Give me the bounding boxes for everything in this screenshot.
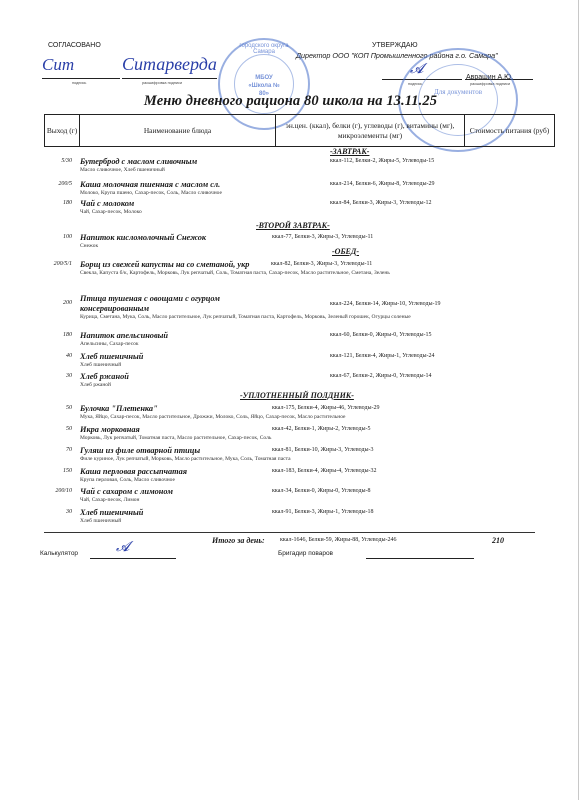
dish-yield: 30 <box>44 373 72 379</box>
dish-name: Хлеб пшеничный <box>80 352 143 361</box>
dish-yield: 200/5 <box>44 181 72 187</box>
calculator-label: Калькулятор <box>40 550 78 557</box>
dish-ingredients: Морковь, Лук репчатый, Томатная паста, М… <box>80 435 540 442</box>
approved-label: СОГЛАСОВАНО <box>48 42 101 49</box>
dish-ingredients: Масло сливочное, Хлеб пшеничный <box>80 167 540 174</box>
dish-yield: 180 <box>44 200 72 206</box>
total-label: Итого за день: <box>212 536 265 545</box>
table-header: Выход (г) Наименование блюда эн.цен. (кк… <box>44 114 555 147</box>
dish-yield: 30 <box>44 509 72 515</box>
dish-ingredients: Апельсины, Сахар-песок <box>80 341 540 348</box>
calculator-signature: 𝓐 <box>116 540 130 556</box>
decode-line <box>122 78 217 79</box>
dish-yield: 50 <box>44 426 72 432</box>
dish-name: Каша перловая рассыпчатая <box>80 467 187 476</box>
dish-ingredients: Филе куриное, Лук репчатый, Морковь, Мас… <box>80 456 540 463</box>
brigadier-signature-line <box>366 558 474 559</box>
dish-yield: 180 <box>44 332 72 338</box>
dish-ingredients: Курица, Сметана, Мука, Соль, Масло расти… <box>80 314 515 321</box>
dish-ingredients: Снежок <box>80 243 540 250</box>
dish-name: Бутерброд с маслом сливочным <box>80 157 197 166</box>
dish-name: Хлеб ржаной <box>80 372 129 381</box>
dish-ingredients: Мука, Яйцо, Сахар-песок, Масло раститель… <box>80 414 540 421</box>
section-title: -ВТОРОЙ ЗАВТРАК- <box>256 221 330 230</box>
calculator-signature-line <box>90 558 176 559</box>
col-dish: Наименование блюда <box>80 115 276 146</box>
dish-ingredients: Хлеб ржаной <box>80 382 540 389</box>
dish-yield: 50 <box>44 405 72 411</box>
dish-yield: 5/30 <box>44 158 72 164</box>
dish-nutrition: ккал-60, Белки-0, Жиры-0, Углеводы-15 <box>330 332 432 338</box>
dish-name: Каша молочная пшенная с маслом сл. <box>80 180 220 189</box>
signature-line <box>42 78 120 79</box>
dish-nutrition: ккал-112, Белки-2, Жиры-5, Углеводы-15 <box>330 158 434 164</box>
dish-yield: 40 <box>44 353 72 359</box>
bottom-rule <box>44 532 535 533</box>
dish-yield: 200 <box>44 300 72 306</box>
section-title: -УПЛОТНЕННЫЙ ПОЛДНИК- <box>240 391 354 400</box>
dish-ingredients: Хлеб пшеничный <box>80 518 540 525</box>
dish-yield: 200/10 <box>44 488 72 494</box>
dish-name: Чай с молоком <box>80 199 134 208</box>
brigadier-label: Бригадир поваров <box>278 550 333 557</box>
dish-name: Птица тушеная с овощами с огурцом консер… <box>80 294 270 314</box>
approve-label: УТВЕРЖДАЮ <box>372 42 418 49</box>
dish-nutrition: ккал-175, Белки-4, Жиры-46, Углеводы-29 <box>272 405 380 411</box>
dish-nutrition: ккал-121, Белки-4, Жиры-1, Углеводы-24 <box>330 353 435 359</box>
dish-name: Булочка "Плетенка" <box>80 404 158 413</box>
dish-ingredients: Чай, Сахар-песок, Молоко <box>80 209 540 216</box>
dish-nutrition: ккал-34, Белки-0, Жиры-0, Углеводы-8 <box>272 488 371 494</box>
col-yield: Выход (г) <box>45 115 80 146</box>
dish-name: Напиток кисломолочный Снежок <box>80 233 206 242</box>
dish-name: Борщ из свежей капусты на со сметаной, у… <box>80 260 249 269</box>
dish-ingredients: Чай, Сахар-песок, Лимон <box>80 497 540 504</box>
dish-ingredients: Крупа перловая, Соль, Масло сливочное <box>80 477 540 484</box>
dish-name: Гуляш из филе отварной птицы <box>80 446 200 455</box>
dish-nutrition: ккал-91, Белки-3, Жиры-1, Углеводы-18 <box>272 509 374 515</box>
signature-caption: подпись <box>72 81 86 85</box>
dish-nutrition: ккал-67, Белки-2, Жиры-0, Углеводы-14 <box>330 373 432 379</box>
dish-ingredients: Свекла, Капуста б/к, Картофель, Морковь,… <box>80 270 515 277</box>
page-title: Меню дневного рациона 80 школа на 13.11.… <box>0 93 581 110</box>
dish-nutrition: ккал-81, Белки-10, Жиры-3, Углеводы-3 <box>272 447 374 453</box>
section-title: -ОБЕД- <box>332 247 359 256</box>
left-signature-short: Сит <box>42 55 74 75</box>
col-nutrition: эн.цен. (ккал), белки (г), углеводы (г),… <box>276 115 465 146</box>
dish-name: Хлеб пшеничный <box>80 508 143 517</box>
dish-name: Чай с сахаром с лимоном <box>80 487 173 496</box>
dish-ingredients: Хлеб пшеничный <box>80 362 540 369</box>
dish-nutrition: ккал-77, Белки-3, Жиры-3, Углеводы-11 <box>272 234 373 240</box>
dish-nutrition: ккал-42, Белки-1, Жиры-2, Углеводы-5 <box>272 426 371 432</box>
dish-yield: 70 <box>44 447 72 453</box>
scan-edge <box>578 0 579 800</box>
dish-nutrition: ккал-183, Белки-4, Жиры-4, Углеводы-32 <box>272 468 377 474</box>
dish-nutrition: ккал-82, Белки-3, Жиры-3, Углеводы-11 <box>271 261 372 267</box>
dish-yield: 100 <box>44 234 72 240</box>
col-cost: Стоимость питания (руб) <box>465 115 554 146</box>
dish-nutrition: ккал-224, Белки-14, Жиры-10, Углеводы-19 <box>330 301 441 307</box>
decode-caption: расшифровка подписи <box>142 81 182 85</box>
dish-ingredients: Молоко, Крупа пшено, Сахар-песок, Соль, … <box>80 190 540 197</box>
total-cost: 210 <box>492 536 504 545</box>
dish-nutrition: ккал-214, Белки-6, Жиры-8, Углеводы-29 <box>330 181 435 187</box>
left-signature-full: Ситарверда <box>122 54 217 75</box>
dish-yield: 200/5/1 <box>44 261 72 267</box>
dish-name: Икра морковная <box>80 425 140 434</box>
dish-yield: 150 <box>44 468 72 474</box>
dish-nutrition: ккал-84, Белки-3, Жиры-3, Углеводы-12 <box>330 200 432 206</box>
section-title: -ЗАВТРАК- <box>330 147 369 156</box>
total-value: ккал-1646, Белки-59, Жиры-88, Углеводы-2… <box>280 537 397 543</box>
dish-name: Напиток апельсиновый <box>80 331 168 340</box>
